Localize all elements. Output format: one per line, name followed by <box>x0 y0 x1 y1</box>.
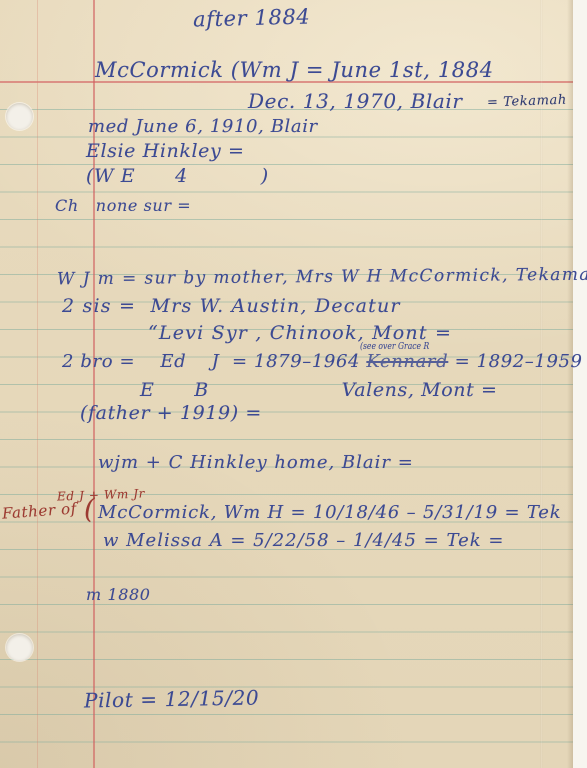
pilot-line: Pilot = 12/15/20 <box>84 685 260 712</box>
note-heading: after 1884 <box>193 4 311 31</box>
paper-crease <box>540 0 543 768</box>
brothers-struck-name: Kennard <box>366 351 448 372</box>
father-record-line: McCormick, Wm H = 10/18/46 – 5/31/19 = T… <box>98 502 561 523</box>
children-line: Ch none sur = <box>55 196 191 215</box>
brothers-line-post: = 1892–1959 Ke <box>448 351 587 372</box>
home-line: wjm + C Hinkley home, Blair = <box>98 452 414 473</box>
marriage-line: med June 6, 1910, Blair <box>88 116 318 137</box>
mother-record-line: w Melissa A = 5/22/58 – 1/4/45 = Tek = <box>103 530 504 551</box>
scanned-note-page: after 1884 McCormick (Wm J = June 1st, 1… <box>0 0 587 768</box>
brothers-line: 2 bro = Ed J = 1879–1964 (see over Grace… <box>62 351 587 372</box>
death-line: Dec. 13, 1970, Blair <box>248 89 463 113</box>
brother2-line: E B Valens, Mont = <box>140 379 497 401</box>
scanner-bed-strip <box>573 0 587 768</box>
father-of-brace: ( <box>84 494 95 525</box>
m1880-line: m 1880 <box>86 585 151 604</box>
wife-line: Elsie Hinkley = <box>86 140 244 162</box>
ghost-margin-line <box>37 0 38 768</box>
death-note: = Tekamah <box>487 93 567 111</box>
punch-hole-top <box>6 103 33 130</box>
brothers-struck-wrap: (see over Grace RKennard <box>366 351 448 372</box>
punch-hole-bottom <box>6 634 33 661</box>
sister2-line: “Levi Syr , Chinook, Mont = <box>148 322 452 344</box>
birth-line: McCormick (Wm J = June 1st, 1884 <box>95 58 494 82</box>
brothers-line-pre: 2 bro = Ed J = 1879–1964 <box>62 351 366 372</box>
initials-line: (W E 4 ) <box>86 165 269 187</box>
father-death-line: (father + 1919) = <box>80 402 262 424</box>
sisters-line: 2 sis = Mrs W. Austin, Decatur <box>62 295 401 317</box>
